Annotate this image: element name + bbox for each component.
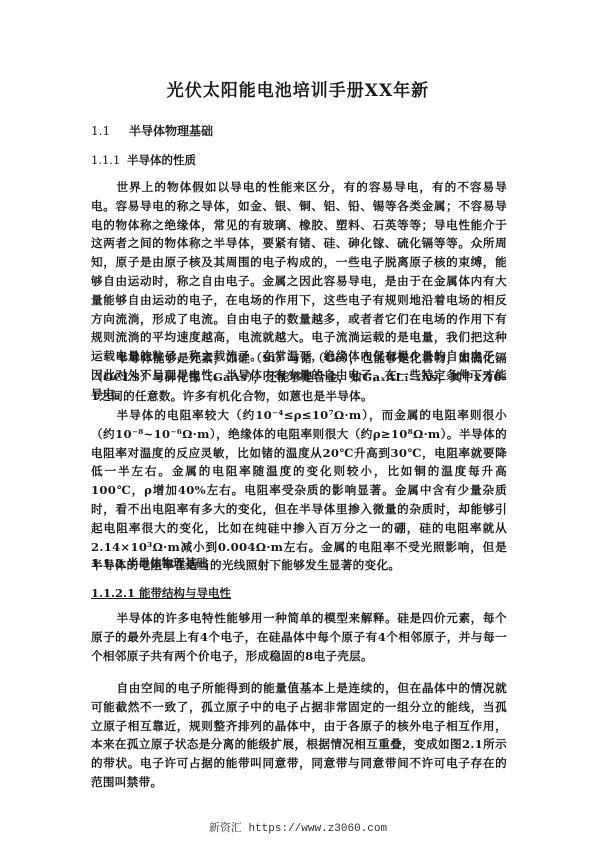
- section-heading-1-1-2-1: 1.1.2.1 能带结构与导电性: [91, 585, 231, 601]
- section-number: 1.1.1: [91, 153, 127, 167]
- paragraph-semiconductor-types: 半导体能够是元素，如硅（Si）与锗（Ge），也能够是化合物，如硫化镉（OCLS）…: [91, 349, 507, 405]
- paragraph-energy-bands: 自由空间的电子所能得到的能量值基本上是连续的，但在晶体中的情况就可能截然不一致了…: [91, 679, 507, 792]
- paragraph-silicon-model: 半导体的许多电特性能够用一种简单的模型来解释。硅是四价元素，每个原子的最外壳层上…: [91, 609, 507, 665]
- section-title: 半导体物理基础: [129, 124, 213, 138]
- footer-watermark: 新资汇 https://www.z3060.com: [0, 819, 596, 835]
- paragraph-resistivity: 半导体的电阻率较大（约10⁻⁴≤ρ≤10⁷Ω·m），而金属的电阻率则很小（约10…: [91, 406, 507, 575]
- section-heading-1-1-2: 1.1.2 半导体物理基础: [91, 555, 208, 571]
- section-heading-1-1-1: 1.1.1半导体的性质: [91, 152, 196, 168]
- section-title: 半导体的性质: [127, 153, 196, 167]
- section-number: 1.1: [91, 124, 129, 138]
- document-title: 光伏太阳能电池培训手册XX年新: [0, 76, 596, 101]
- section-heading-1-1: 1.1半导体物理基础: [91, 122, 213, 139]
